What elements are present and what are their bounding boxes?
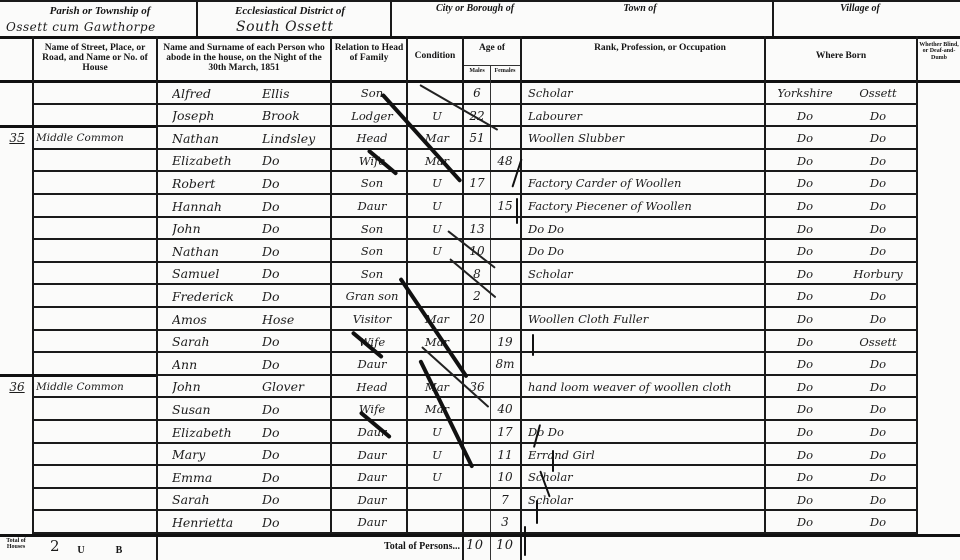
relation-to-head: Wife	[338, 398, 406, 420]
birthplace-county: Do	[770, 105, 840, 127]
birthplace-town: Do	[836, 172, 920, 194]
birthplace-town: Ossett	[836, 82, 920, 104]
age-female	[492, 263, 518, 285]
header-divider	[196, 0, 198, 36]
age-female	[492, 218, 518, 240]
schedule-number	[4, 195, 30, 217]
age-female: 8m	[492, 353, 518, 375]
schedule-number	[4, 353, 30, 375]
table-row: HenriettaDoDaur3DoDo	[0, 511, 960, 533]
table-row: SusanDoWifeMar40DoDo	[0, 398, 960, 420]
person-surname: Do	[262, 398, 330, 420]
person-forename: Sarah	[172, 331, 264, 353]
birthplace-county: Do	[770, 285, 840, 307]
ecclesiastical-label: Ecclesiastical District of	[200, 6, 380, 18]
total-males: 10	[466, 538, 484, 553]
schedule-number	[4, 444, 30, 466]
schedule-number	[4, 172, 30, 194]
marital-condition	[412, 263, 462, 285]
birthplace-town: Do	[836, 421, 920, 443]
person-forename: Alfred	[172, 82, 264, 104]
census-page: Parish or Township of Ossett cum Gawthor…	[0, 0, 960, 560]
person-surname: Do	[262, 444, 330, 466]
table-row: SarahDoDaur7ScholarDoDo	[0, 489, 960, 511]
age-female	[492, 240, 518, 262]
person-surname: Do	[262, 195, 330, 217]
person-surname: Hose	[262, 308, 330, 330]
tick-mark	[524, 526, 526, 556]
person-forename: Samuel	[172, 263, 264, 285]
marital-condition: Mar	[412, 398, 462, 420]
relation-to-head: Son	[338, 263, 406, 285]
person-forename: Susan	[172, 398, 264, 420]
person-surname: Do	[262, 172, 330, 194]
person-forename: Mary	[172, 444, 264, 466]
street-name	[36, 285, 154, 307]
inhabited-count: 2	[50, 537, 60, 555]
birthplace-town: Do	[836, 489, 920, 511]
age-female: 48	[492, 150, 518, 172]
street-name	[36, 444, 154, 466]
person-forename: Elizabeth	[172, 150, 264, 172]
age-male	[464, 150, 490, 172]
tick-mark	[536, 500, 538, 524]
table-row: RobertDoSonU17Factory Carder of WoollenD…	[0, 172, 960, 194]
street-name	[36, 398, 154, 420]
schedule-number	[4, 398, 30, 420]
birthplace-county: Do	[770, 489, 840, 511]
relation-to-head: Daur	[338, 489, 406, 511]
person-forename: Emma	[172, 466, 264, 488]
person-surname: Do	[262, 285, 330, 307]
birthplace-town: Do	[836, 444, 920, 466]
person-forename: Amos	[172, 308, 264, 330]
schedule-number	[4, 331, 30, 353]
schedule-number	[4, 466, 30, 488]
marital-condition: U	[412, 195, 462, 217]
occupation: Woollen Slubber	[528, 127, 762, 149]
person-forename: Hannah	[172, 195, 264, 217]
total-houses-label: Total of Houses	[2, 538, 30, 551]
col-occupation: Rank, Profession, or Occupation	[580, 44, 740, 54]
person-forename: Ann	[172, 353, 264, 375]
col-street: Name of Street, Place, or Road, and Name…	[34, 44, 156, 74]
parish-value: Ossett cum Gawthorpe	[6, 20, 156, 34]
occupation	[528, 285, 762, 307]
footer-separator	[0, 534, 960, 537]
marital-condition: U	[412, 444, 462, 466]
parish-label: Parish or Township of	[10, 6, 190, 18]
street-name: Middle Common	[36, 127, 154, 149]
occupation: Scholar	[528, 82, 762, 104]
birthplace-county: Do	[770, 466, 840, 488]
occupation: Scholar	[528, 489, 762, 511]
person-forename: Robert	[172, 172, 264, 194]
schedule-number	[4, 421, 30, 443]
street-name	[36, 263, 154, 285]
birthplace-county: Do	[770, 127, 840, 149]
ecclesiastical-value: South Ossett	[236, 19, 334, 35]
col-age-females: Females	[492, 68, 518, 74]
col-age: Age of	[464, 44, 520, 54]
age-male	[464, 489, 490, 511]
birthplace-town: Do	[836, 127, 920, 149]
birthplace-county: Do	[770, 150, 840, 172]
age-male	[464, 398, 490, 420]
schedule-number	[4, 489, 30, 511]
birthplace-county: Do	[770, 240, 840, 262]
birthplace-county: Do	[770, 331, 840, 353]
relation-to-head: Son	[338, 218, 406, 240]
age-female	[492, 308, 518, 330]
schedule-number	[4, 150, 30, 172]
occupation: Do Do	[528, 421, 762, 443]
age-female: 3	[492, 511, 518, 533]
person-forename: John	[172, 376, 264, 398]
age-male: 13	[464, 218, 490, 240]
birthplace-town: Horbury	[836, 263, 920, 285]
occupation: Do Do	[528, 240, 762, 262]
table-row: ElizabethDoDaurU17Do DoDoDo	[0, 421, 960, 443]
header-separator	[0, 36, 960, 39]
schedule-number	[4, 82, 30, 104]
table-row: 35Middle CommonNathanLindsleyHeadMar51Wo…	[0, 127, 960, 149]
total-persons-label: Total of Persons...	[340, 542, 460, 553]
age-female	[492, 127, 518, 149]
header-divider	[390, 0, 392, 36]
birthplace-county: Do	[770, 444, 840, 466]
birthplace-town: Ossett	[836, 331, 920, 353]
table-row: AnnDoDaur8mDoDo	[0, 353, 960, 375]
schedule-number	[4, 105, 30, 127]
occupation: hand loom weaver of woollen cloth	[528, 376, 762, 398]
schedule-number	[4, 240, 30, 262]
birthplace-town: Do	[836, 285, 920, 307]
table-row: SarahDoWifeMar19DoOssett	[0, 331, 960, 353]
birthplace-town: Do	[836, 376, 920, 398]
tick-mark	[532, 334, 534, 356]
person-surname: Do	[262, 489, 330, 511]
birthplace-town: Do	[836, 466, 920, 488]
street-name: Middle Common	[36, 376, 154, 398]
person-forename: Nathan	[172, 127, 264, 149]
street-name	[36, 489, 154, 511]
uninhabited-label: U	[74, 546, 88, 557]
table-row: 36Middle CommonJohnGloverHeadMar36hand l…	[0, 376, 960, 398]
street-name	[36, 82, 154, 104]
occupation	[528, 511, 762, 533]
street-name	[36, 150, 154, 172]
person-forename: Henrietta	[172, 511, 264, 533]
relation-to-head: Head	[338, 376, 406, 398]
age-male	[464, 195, 490, 217]
age-male: 20	[464, 308, 490, 330]
person-surname: Do	[262, 421, 330, 443]
relation-to-head: Daur	[338, 353, 406, 375]
relation-to-head: Daur	[338, 466, 406, 488]
street-name	[36, 511, 154, 533]
person-surname: Do	[262, 511, 330, 533]
birthplace-county: Do	[770, 511, 840, 533]
birthplace-county: Yorkshire	[770, 82, 840, 104]
table-row: HannahDoDaurU15Factory Piecener of Wooll…	[0, 195, 960, 217]
occupation	[528, 398, 762, 420]
table-row: JosephBrookLodgerU22LabourerDoDo	[0, 105, 960, 127]
col-name: Name and Surname of each Person who abod…	[158, 44, 330, 74]
relation-to-head: Gran son	[338, 285, 406, 307]
birthplace-county: Do	[770, 263, 840, 285]
street-name	[36, 331, 154, 353]
birthplace-town: Do	[836, 398, 920, 420]
birthplace-town: Do	[836, 105, 920, 127]
tick-mark	[552, 450, 554, 472]
col-blind-deaf: Whether Blind, or Deaf-and-Dumb	[918, 42, 960, 61]
marital-condition: U	[412, 240, 462, 262]
schedule-number	[4, 511, 30, 533]
birthplace-county: Do	[770, 353, 840, 375]
relation-to-head: Daur	[338, 511, 406, 533]
birthplace-county: Do	[770, 376, 840, 398]
age-female	[492, 376, 518, 398]
table-row: NathanDoSonU10Do DoDoDo	[0, 240, 960, 262]
occupation: Scholar	[528, 466, 762, 488]
village-label: Village of	[790, 4, 930, 15]
col-relation: Relation to Head of Family	[332, 44, 406, 64]
household-separator	[0, 125, 156, 128]
col-where-born: Where Born	[766, 52, 916, 62]
age-male: 17	[464, 172, 490, 194]
household-separator	[0, 374, 156, 377]
birthplace-town: Do	[836, 218, 920, 240]
tick-mark	[516, 198, 518, 224]
header-divider	[772, 0, 774, 36]
street-name	[36, 466, 154, 488]
birthplace-town: Do	[836, 240, 920, 262]
street-name	[36, 240, 154, 262]
occupation: Errand Girl	[528, 444, 762, 466]
table-row: AlfredEllisSon6ScholarYorkshireOssett	[0, 82, 960, 104]
occupation	[528, 353, 762, 375]
table-row: ElizabethDoWifeMar48DoDo	[0, 150, 960, 172]
person-surname: Do	[262, 218, 330, 240]
relation-to-head: Visitor	[338, 308, 406, 330]
total-females: 10	[496, 538, 514, 553]
town-label: Town of	[580, 4, 700, 15]
occupation: Do Do	[528, 218, 762, 240]
occupation: Factory Carder of Woollen	[528, 172, 762, 194]
age-subdivider	[464, 65, 520, 66]
age-male	[464, 421, 490, 443]
top-border	[0, 0, 960, 2]
street-name	[36, 218, 154, 240]
table-row: SamuelDoSon8ScholarDoHorbury	[0, 263, 960, 285]
table-row: JohnDoSonU13Do DoDoDo	[0, 218, 960, 240]
person-forename: Joseph	[172, 105, 264, 127]
occupation: Factory Piecener of Woollen	[528, 195, 762, 217]
city-label: City or Borough of	[400, 4, 550, 15]
relation-to-head: Son	[338, 82, 406, 104]
relation-to-head: Daur	[338, 195, 406, 217]
age-female: 15	[492, 195, 518, 217]
occupation	[528, 331, 762, 353]
relation-to-head: Son	[338, 172, 406, 194]
building-label: B	[112, 546, 126, 557]
birthplace-town: Do	[836, 511, 920, 533]
person-surname: Lindsley	[262, 127, 330, 149]
relation-to-head: Son	[338, 240, 406, 262]
street-name	[36, 195, 154, 217]
schedule-number	[4, 218, 30, 240]
age-female: 11	[492, 444, 518, 466]
table-row: EmmaDoDaurU10ScholarDoDo	[0, 466, 960, 488]
birthplace-town: Do	[836, 195, 920, 217]
table-row: AmosHoseVisitorMar20Woollen Cloth Fuller…	[0, 308, 960, 330]
person-surname: Brook	[262, 105, 330, 127]
age-female: 19	[492, 331, 518, 353]
relation-to-head: Head	[338, 127, 406, 149]
occupation: Woollen Cloth Fuller	[528, 308, 762, 330]
street-name	[36, 308, 154, 330]
age-female: 10	[492, 466, 518, 488]
person-surname: Ellis	[262, 82, 330, 104]
person-surname: Do	[262, 240, 330, 262]
person-forename: Nathan	[172, 240, 264, 262]
street-name	[36, 172, 154, 194]
birthplace-town: Do	[836, 353, 920, 375]
relation-to-head: Daur	[338, 444, 406, 466]
schedule-number	[4, 308, 30, 330]
age-male	[464, 466, 490, 488]
age-male: 51	[464, 127, 490, 149]
marital-condition: U	[412, 105, 462, 127]
age-male: 6	[464, 82, 490, 104]
col-condition: Condition	[408, 52, 462, 62]
birthplace-town: Do	[836, 308, 920, 330]
schedule-number	[4, 263, 30, 285]
marital-condition	[412, 511, 462, 533]
occupation	[528, 150, 762, 172]
street-name	[36, 105, 154, 127]
person-surname: Do	[262, 263, 330, 285]
marital-condition	[412, 489, 462, 511]
birthplace-county: Do	[770, 421, 840, 443]
schedule-number	[4, 285, 30, 307]
street-name	[36, 421, 154, 443]
marital-condition: U	[412, 466, 462, 488]
birthplace-county: Do	[770, 398, 840, 420]
age-female: 40	[492, 398, 518, 420]
age-female	[492, 82, 518, 104]
occupation: Scholar	[528, 263, 762, 285]
street-name	[36, 353, 154, 375]
person-surname: Glover	[262, 376, 330, 398]
person-surname: Do	[262, 466, 330, 488]
birthplace-county: Do	[770, 172, 840, 194]
schedule-number: 36	[4, 376, 30, 398]
age-male	[464, 331, 490, 353]
person-surname: Do	[262, 353, 330, 375]
person-forename: Elizabeth	[172, 421, 264, 443]
person-forename: John	[172, 218, 264, 240]
schedule-number: 35	[4, 127, 30, 149]
birthplace-county: Do	[770, 195, 840, 217]
person-forename: Frederick	[172, 285, 264, 307]
age-female: 7	[492, 489, 518, 511]
table-row: FrederickDoGran son2DoDo	[0, 285, 960, 307]
age-female: 17	[492, 421, 518, 443]
col-age-males: Males	[464, 68, 490, 74]
age-female	[492, 105, 518, 127]
birthplace-county: Do	[770, 308, 840, 330]
person-forename: Sarah	[172, 489, 264, 511]
age-male	[464, 511, 490, 533]
occupation: Labourer	[528, 105, 762, 127]
person-surname: Do	[262, 331, 330, 353]
person-surname: Do	[262, 150, 330, 172]
birthplace-town: Do	[836, 150, 920, 172]
birthplace-county: Do	[770, 218, 840, 240]
age-male	[464, 353, 490, 375]
table-row: MaryDoDaurU11Errand GirlDoDo	[0, 444, 960, 466]
